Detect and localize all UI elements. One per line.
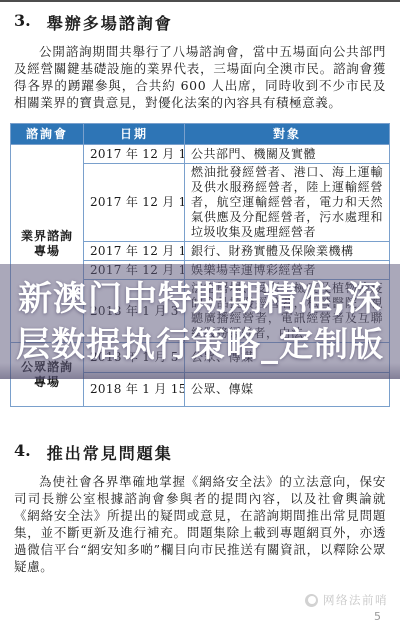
- target-cell: 燃油批發經營者、港口、海上運輸及供水服務經營者，陸上運輸經營者，航空運輸經營者，…: [185, 164, 390, 242]
- page-number: 5: [305, 610, 381, 623]
- date-cell: 2017 年 12 月 11 日: [84, 145, 185, 164]
- section3-heading: 3. 舉辦多場諮詢會: [14, 11, 386, 34]
- date-cell: 2017 年 12 月 14 日: [84, 242, 185, 261]
- section3-title: 舉辦多場諮詢會: [47, 11, 173, 34]
- ad-banner-text-line1: 新澳门中特期期精准,深: [18, 276, 382, 322]
- target-cell: 公共部門、機關及實體: [185, 145, 390, 164]
- table-row: 業界諮詢專場 2017 年 12 月 11 日 公共部門、機關及實體: [11, 145, 390, 164]
- header-target: 對象: [185, 124, 390, 145]
- section3-number: 3.: [14, 11, 31, 34]
- document-page: 3. 舉辦多場諮詢會 公開諮詢期間共舉行了八場諮詢會，當中五場面向公共部門及經營…: [0, 0, 400, 626]
- target-cell: 銀行、財務實體及保險業機構: [185, 242, 390, 261]
- header-session: 諮詢會: [11, 124, 84, 145]
- section4-title: 推出常見問題集: [47, 441, 173, 464]
- watermark-text: 网络法前哨: [323, 592, 388, 608]
- table-header-row: 諮詢會 日期 對象: [11, 124, 390, 145]
- watermark: 网络法前哨: [305, 592, 388, 608]
- section3-paragraph: 公開諮詢期間共舉行了八場諮詢會，當中五場面向公共部門及經營關鍵基礎設施的業界代表…: [14, 43, 386, 111]
- header-date: 日期: [84, 124, 185, 145]
- ad-banner-text-line2: 层数据执行策略_定制版: [16, 322, 384, 368]
- section4-paragraph: 為使社會各界準確地掌握《網絡安全法》的立法意向，保安司司長辦公室根據諮詢會參與者…: [14, 473, 386, 575]
- ad-overlay-banner[interactable]: 新澳门中特期期精准,深 层数据执行策略_定制版: [0, 264, 400, 379]
- date-cell: 2017 年 12 月 13 日: [84, 164, 185, 242]
- page-footer: 网络法前哨 5: [305, 592, 388, 623]
- section4-heading: 4. 推出常見問題集: [14, 441, 386, 464]
- section4-number: 4.: [14, 441, 31, 464]
- watermark-logo-icon: [305, 594, 318, 607]
